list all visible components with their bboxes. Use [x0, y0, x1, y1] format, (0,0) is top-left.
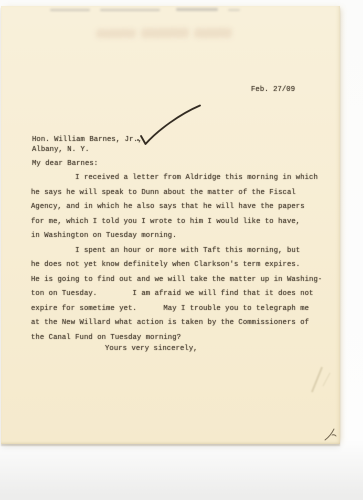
ink-bleed-ghost: [141, 28, 189, 39]
body-line: Agency, and in which he also says that h…: [31, 200, 336, 215]
ink-bleed-ghost: [194, 28, 232, 38]
salutation: My dear Barnes:: [32, 160, 98, 168]
body-line: expire for sometime yet. May I trouble y…: [31, 302, 336, 317]
corner-scribble-mark: [323, 427, 339, 443]
letter-date: Feb. 27/09: [251, 86, 295, 94]
body-line: I spent an hour or more with Taft this m…: [31, 244, 336, 259]
body-line: He is going to find out and we will take…: [31, 273, 336, 288]
body-line: he says he will speak to Dunn about the …: [31, 186, 336, 201]
body-line: at the New Willard what action is taken …: [31, 316, 336, 331]
letter-body: I received a letter from Aldridge this m…: [31, 171, 336, 345]
scanned-letter-page: Feb. 27/09 Hon. William Barnes, Jr., Alb…: [0, 0, 363, 500]
body-line: I received a letter from Aldridge this m…: [31, 171, 336, 186]
body-line: he does not yet know definitely when Cla…: [31, 258, 336, 273]
pen-checkmark-icon: [136, 101, 204, 149]
recipient-city-line: Albany, N. Y.: [32, 146, 89, 154]
ink-bleed-ghost: [96, 29, 136, 38]
body-line: in Washington on Tuesday morning.: [31, 229, 336, 244]
closing-line: Yours very sincerely,: [105, 345, 198, 353]
scan-smudge: [228, 9, 240, 11]
body-line: ton on Tuesday. I am afraid we will find…: [31, 287, 336, 302]
scan-smudge: [100, 9, 160, 12]
body-line: the Canal Fund on Tuesday morning?: [31, 331, 336, 346]
recipient-name-line: Hon. William Barnes, Jr.,: [32, 136, 142, 144]
scan-smudge: [50, 9, 90, 11]
body-line: for me, which I told you I wrote to him …: [31, 215, 336, 230]
scan-smudge: [176, 8, 218, 11]
